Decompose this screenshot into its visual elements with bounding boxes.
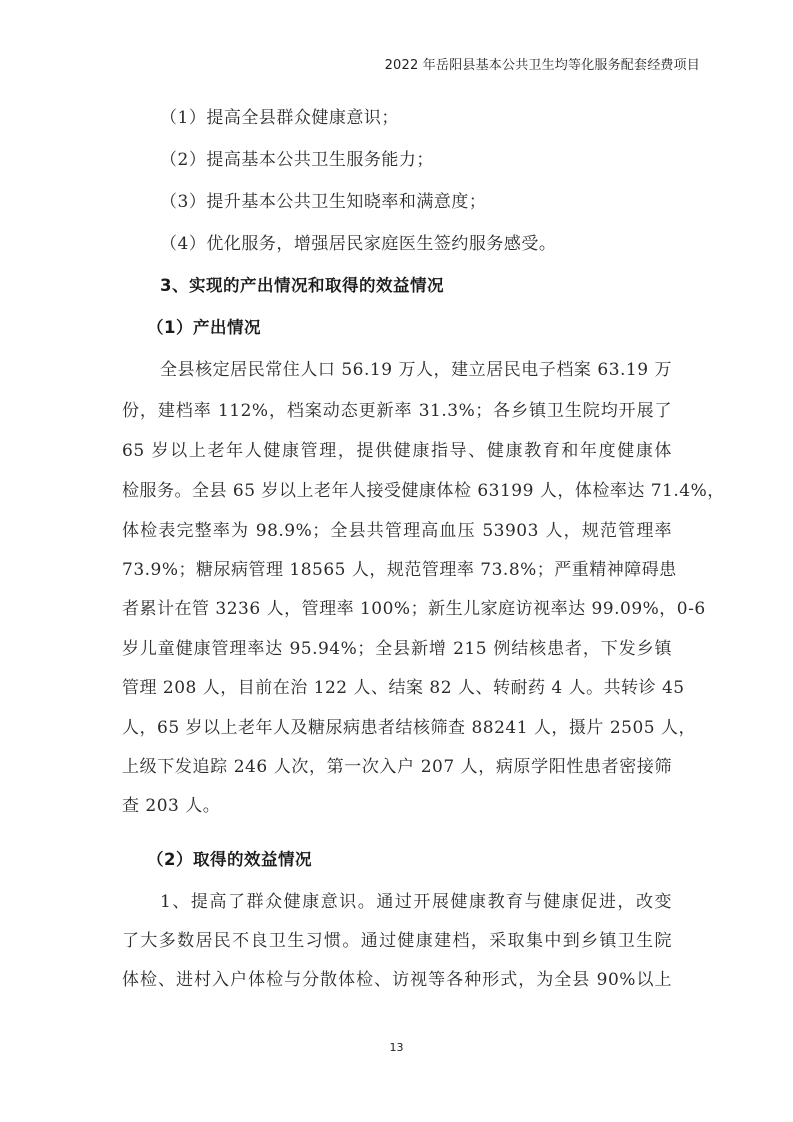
page-number: 13 [0,1041,793,1054]
goal-item-3: （3）提升基本公共卫生知晓率和满意度； [160,191,710,213]
output-paragraph-line: 65 岁以上老年人健康管理，提供健康指导、健康教育和年度健康体 [122,440,672,462]
running-header: 2022 年岳阳县基本公共卫生均等化服务配套经费项目 [385,54,700,73]
section-heading: 3、实现的产出情况和取得的效益情况 [160,275,710,297]
output-paragraph-line: 人，65 岁以上老年人及糖尿病患者结核筛查 88241 人，摄片 2505 人， [122,717,672,739]
output-paragraph-line: 体检表完整率为 98.9%；全县共管理高血压 53903 人，规范管理率 [122,520,672,542]
output-paragraph-line: 全县核定居民常住人口 56.19 万人，建立居民电子档案 63.19 万 [160,359,672,381]
benefit-paragraph-line: 1、提高了群众健康意识。通过开展健康教育与健康促进，改变 [160,891,672,913]
output-paragraph-line: 上级下发追踪 246 人次，第一次入户 207 人，病原学阳性患者密接筛 [122,756,672,778]
output-paragraph-line: 岁儿童健康管理率达 95.94%；全县新增 215 例结核患者，下发乡镇 [122,638,672,660]
output-paragraph-line: 检服务。全县 65 岁以上老年人接受健康体检 63199 人，体检率达 71.4… [122,480,672,502]
benefit-paragraph-line: 体检、进村入户体检与分散体检、访视等各种形式，为全县 90%以上 [122,969,672,991]
goal-item-2: （2）提高基本公共卫生服务能力； [160,149,710,171]
output-paragraph-line: 者累计在管 3236 人，管理率 100%；新生儿家庭访视率达 99.09%，0… [122,598,672,620]
benefit-paragraph-line: 了大多数居民不良卫生习惯。通过健康建档，采取集中到乡镇卫生院 [122,930,672,952]
output-paragraph-line: 管理 208 人，目前在治 122 人、结案 82 人、转耐药 4 人。共转诊 … [122,677,672,699]
goal-item-4: （4）优化服务，增强居民家庭医生签约服务感受。 [160,233,710,255]
output-paragraph-line: 份，建档率 112%，档案动态更新率 31.3%；各乡镇卫生院均开展了 [122,400,672,422]
goal-item-1: （1）提高全县群众健康意识； [160,107,710,129]
subsection-heading-output: （1）产出情况 [147,317,697,339]
output-paragraph-line: 73.9%；糖尿病管理 18565 人，规范管理率 73.8%；严重精神障碍患 [122,559,672,581]
subsection-heading-benefit: （2）取得的效益情况 [147,849,697,871]
output-paragraph-line: 查 203 人。 [122,795,672,817]
